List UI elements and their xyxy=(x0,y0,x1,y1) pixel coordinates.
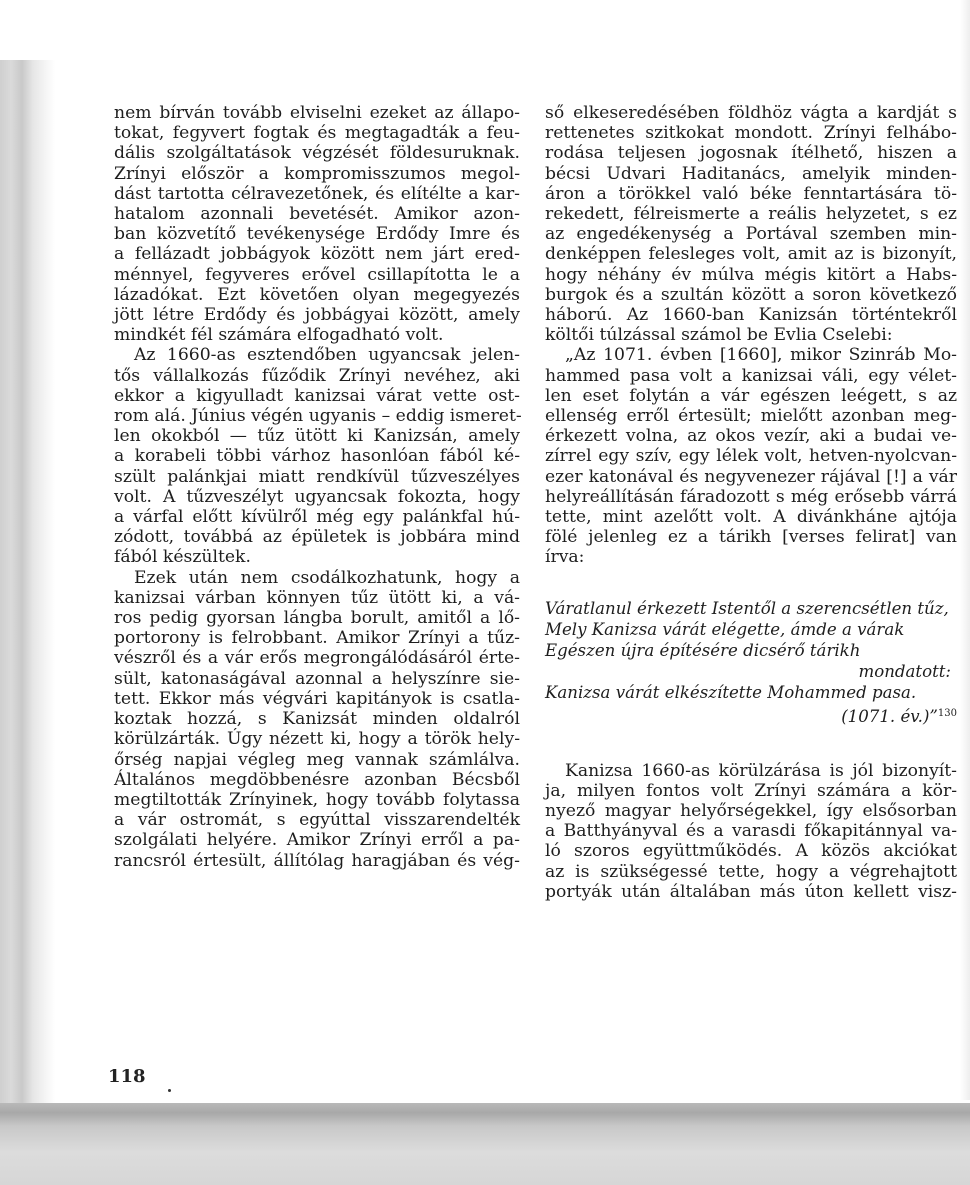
text-line: ménnyel, fegyveres erővel csillapította … xyxy=(114,265,520,285)
verse-date: (1071. év.)” xyxy=(841,707,938,726)
text-line: zírrel egy szív, egy lélek volt, hetven-… xyxy=(545,446,957,466)
text-line: háború. Az 1660-ban Kanizsán történtekrő… xyxy=(545,305,957,325)
text-line: portyák után általában más úton kellett … xyxy=(545,882,957,902)
text-line: kanizsai várban könnyen tűz ütött ki, a … xyxy=(114,588,520,608)
verse-line: mondatott: xyxy=(545,661,957,682)
text-line: az engedékenység a Portával szemben min- xyxy=(545,224,957,244)
text-line: ros pedig gyorsan lángba borult, amitől … xyxy=(114,608,520,628)
closing-paragraph: Kanizsa 1660-as körülzárása is jól bizon… xyxy=(545,761,957,902)
text-line: tokat, fegyvert fogtak és megtagadták a … xyxy=(114,123,520,143)
spacer xyxy=(545,568,957,598)
verse-line: Mely Kanizsa várát elégette, ámde a vára… xyxy=(545,619,957,640)
left-text-column: nem bírván tovább elviselni ezeket az ál… xyxy=(114,103,520,871)
text-line: len eset folytán a vár egészen leégett, … xyxy=(545,386,957,406)
text-line: dális szolgáltatások végzését földesuruk… xyxy=(114,143,520,163)
text-line: rodása teljesen jogosnak ítélhető, hisze… xyxy=(545,143,957,163)
text-line: megtiltották Zrínyinek, hogy tovább foly… xyxy=(114,790,520,810)
text-line: ellenség erről értesült; mielőtt azonban… xyxy=(545,406,957,426)
text-line: szült palánkjai miatt rendkívül tűzveszé… xyxy=(114,467,520,487)
text-line: tett. Ekkor más végvári kapitányok is cs… xyxy=(114,689,520,709)
text-line: ban közvetítő tevékenysége Erdődy Imre é… xyxy=(114,224,520,244)
text-line: hatalom azonnali bevetését. Amikor azon- xyxy=(114,204,520,224)
text-line: denképpen felesleges volt, amit az is bi… xyxy=(545,244,957,264)
text-line: nem bírván tovább elviselni ezeket az ál… xyxy=(114,103,520,123)
quotation-paragraph: „Az 1071. évben [1660], mikor Szinráb Mo… xyxy=(545,345,957,567)
text-line: koztak hozzá, s Kanizsát minden oldalról xyxy=(114,709,520,729)
text-line: a vár ostromát, s egyúttal visszarendelt… xyxy=(114,810,520,830)
right-text-column: ső elkeseredésében földhöz vágta a kardj… xyxy=(545,103,957,902)
text-line: a Batthyányval és a varasdi főkapitánnya… xyxy=(545,821,957,841)
text-line: szolgálati helyére. Amikor Zrínyi erről … xyxy=(114,830,520,850)
text-line: a várfal előtt kívülről még egy palánkfa… xyxy=(114,507,520,527)
text-line: helyreállításán fáradozott s még erősebb… xyxy=(545,487,957,507)
text-line: Az 1660-as esztendőben ugyancsak jelen- xyxy=(114,345,520,365)
verse-inscription: Váratlanul érkezett Istentől a szerencsé… xyxy=(545,598,957,727)
verse-line: Egészen újra építésére dicsérő tárikh xyxy=(545,640,957,661)
text-line: nyező magyar helyőrségekkel, így elsősor… xyxy=(545,801,957,821)
text-line: áron a törökkel való béke fenntartására … xyxy=(545,184,957,204)
text-line: bécsi Udvari Haditanács, amelyik minden- xyxy=(545,164,957,184)
text-line: rekedett, félreismerte a reális helyzete… xyxy=(545,204,957,224)
text-line: költői túlzással számol be Evlia Cselebi… xyxy=(545,325,957,345)
text-line: jött létre Erdődy és jobbágyai között, a… xyxy=(114,305,520,325)
text-line: Kanizsa 1660-as körülzárása is jól bizon… xyxy=(545,761,957,781)
text-line: írva: xyxy=(545,547,957,567)
verse-line-date: (1071. év.)”130 xyxy=(545,703,957,727)
paragraph-4: ső elkeseredésében földhöz vágta a kardj… xyxy=(545,103,957,345)
text-line: Általános megdöbbenésre azonban Bécsből xyxy=(114,770,520,790)
text-line: ső elkeseredésében földhöz vágta a kardj… xyxy=(545,103,957,123)
text-line: sült, katonaságával azonnal a helyszínre… xyxy=(114,669,520,689)
text-line: tette, mint azelőtt volt. A divánkháne a… xyxy=(545,507,957,527)
text-line: portorony is felrobbant. Amikor Zrínyi a… xyxy=(114,628,520,648)
verse-line: Váratlanul érkezett Istentől a szerencsé… xyxy=(545,598,957,619)
scan-speck xyxy=(168,1089,171,1092)
text-line: hogy néhány év múlva mégis kitört a Habs… xyxy=(545,265,957,285)
page-number: 118 xyxy=(108,1066,146,1087)
paragraph-2: Az 1660-as esztendőben ugyancsak jelen- … xyxy=(114,345,520,567)
text-line: len okokból — tűz ütött ki Kanizsán, ame… xyxy=(114,426,520,446)
text-line: vészről és a vár erős megrongálódásáról … xyxy=(114,648,520,668)
text-line: lázadókat. Ezt követően olyan megegyezés xyxy=(114,285,520,305)
text-line: ekkor a kigyulladt kanizsai várat vette … xyxy=(114,386,520,406)
text-line: Zrínyi először a kompromisszumos megol- xyxy=(114,164,520,184)
text-line: fölé jelenleg ez a tárikh [verses felira… xyxy=(545,527,957,547)
book-binding-shadow xyxy=(0,60,55,1105)
text-line: mindkét fél számára elfogadható volt. xyxy=(114,325,520,345)
text-line: zódott, továbbá az épületek is jobbára m… xyxy=(114,527,520,547)
text-line: a fellázadt jobbágyok között nem járt er… xyxy=(114,244,520,264)
text-line: dást tartotta célravezetőnek, és elítélt… xyxy=(114,184,520,204)
text-line: rettenetes szitkokat mondott. Zrínyi fel… xyxy=(545,123,957,143)
text-line: burgok és a szultán között a soron követ… xyxy=(545,285,957,305)
text-line: ezer katonával és negyvenezer rájával [!… xyxy=(545,467,957,487)
spacer xyxy=(545,727,957,761)
text-line: őrség napjai végleg meg vannak számlálva… xyxy=(114,750,520,770)
paragraph-1: nem bírván tovább elviselni ezeket az ál… xyxy=(114,103,520,345)
verse-line: Kanizsa várát elkészítette Mohammed pasa… xyxy=(545,682,957,703)
page-right-edge xyxy=(960,0,970,1100)
text-line: Ezek után nem csodálkozhatunk, hogy a xyxy=(114,568,520,588)
text-line: hammed pasa volt a kanizsai váli, egy vé… xyxy=(545,366,957,386)
footnote-reference: 130 xyxy=(938,708,957,719)
text-line: ja, milyen fontos volt Zrínyi számára a … xyxy=(545,781,957,801)
text-line: „Az 1071. évben [1660], mikor Szinráb Mo… xyxy=(545,345,957,365)
text-line: rancsról értesült, állítólag haragjában … xyxy=(114,851,520,871)
text-line: érkezett volna, az okos vezír, aki a bud… xyxy=(545,426,957,446)
text-line: ló szoros együttműködés. A közös akcióka… xyxy=(545,841,957,861)
text-line: a korabeli többi várhoz hasonlóan fából … xyxy=(114,446,520,466)
text-line: volt. A tűzveszélyt ugyancsak fokozta, h… xyxy=(114,487,520,507)
scan-bottom-shadow xyxy=(0,1103,970,1185)
text-line: tős vállalkozás fűződik Zrínyi nevéhez, … xyxy=(114,366,520,386)
text-line: fából készültek. xyxy=(114,547,520,567)
text-line: körülzárták. Úgy nézett ki, hogy a török… xyxy=(114,729,520,749)
text-line: rom alá. Június végén ugyanis – eddig is… xyxy=(114,406,520,426)
paragraph-3: Ezek után nem csodálkozhatunk, hogy a ka… xyxy=(114,568,520,871)
text-line: az is szükségessé tette, hogy a végrehaj… xyxy=(545,862,957,882)
